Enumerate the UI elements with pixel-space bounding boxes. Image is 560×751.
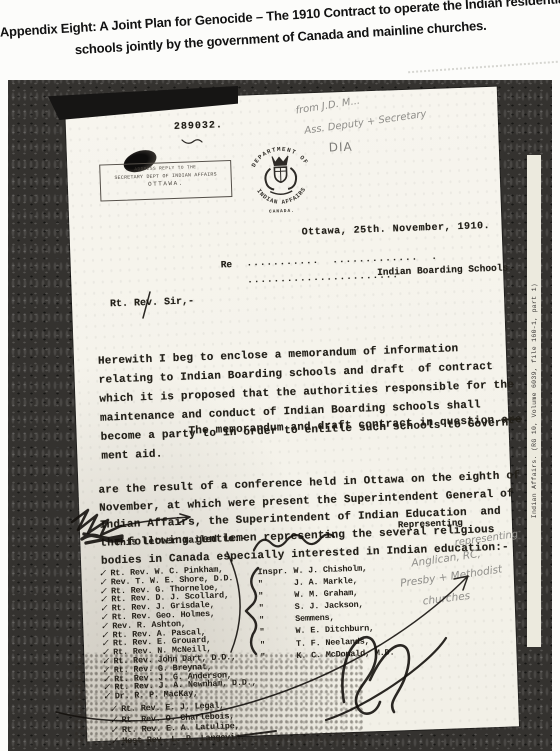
mailing-list-left: ✓ Rt. Rev. W. C. Pinkham, ✓ Rev. T. W. E… xyxy=(99,563,257,700)
department-crest-icon: DEPARTMENT OF INDIAN AFFAIRS CANADA. xyxy=(238,135,323,222)
struck-word: are xyxy=(501,414,522,427)
inspector-name: W. J. Chisholm, xyxy=(293,563,367,576)
re-label: Re xyxy=(221,259,233,270)
checkmark-icon: ✓ xyxy=(109,703,122,715)
inspector-name: W. M. Graham, xyxy=(294,588,358,600)
ditto-mark: " xyxy=(260,639,296,650)
ditto-mark: " xyxy=(259,602,295,613)
ditto-mark: " xyxy=(258,578,294,589)
inspector-name: Semmens, xyxy=(295,613,335,624)
ditto-mark: " xyxy=(258,590,294,601)
file-number: 289032. xyxy=(174,120,223,133)
archive-reference-strip: Indian Affairs. (RG 10, Volume 6039, fil… xyxy=(527,155,541,647)
ditto-mark: " xyxy=(259,614,295,625)
checkmark-icon: ✓ xyxy=(110,735,123,747)
inspectors-list: Inspr. W. J. Chisholm, " J. A. Markle, "… xyxy=(257,563,394,664)
ditto-mark: " xyxy=(259,626,295,637)
letter-page: 289032. ADDRESS REPLY TO THE SECRETARY D… xyxy=(65,87,519,742)
dateline: Ottawa, 25th. November, 1910. xyxy=(301,221,490,239)
coat-of-arms xyxy=(265,156,297,195)
salutation: Rt. Rev. Sir,- xyxy=(110,296,194,310)
inspector-name: J. A. Markle, xyxy=(294,576,358,588)
pencil-note-dia: DIA xyxy=(328,140,352,155)
archive-reference-label: Indian Affairs. (RG 10, Volume 6039, fil… xyxy=(531,283,538,518)
scan-artifact-dashes xyxy=(408,61,558,74)
inspector-name: W. E. Ditchburn, xyxy=(295,624,374,637)
inspector-name: T. F. Neelands, xyxy=(296,636,370,649)
scanned-document: 289032. ADDRESS REPLY TO THE SECRETARY D… xyxy=(8,80,552,751)
appendix-title: Appendix Eight: A Joint Plan for Genocid… xyxy=(0,0,560,62)
pencil-note-from: from J.D. M... xyxy=(295,96,361,117)
pencil-note-title: Ass. Deputy + Secretary xyxy=(304,109,427,137)
svg-text:CANADA.: CANADA. xyxy=(269,208,295,215)
ditto-mark: Inspr. xyxy=(257,566,293,577)
inspector-name: S. J. Jackson, xyxy=(295,600,364,612)
address-stamp: ADDRESS REPLY TO THE SECRETARY DEPT OF I… xyxy=(99,160,232,202)
re-subject: Indian Boarding Schools. xyxy=(377,262,514,278)
svg-text:INDIAN AFFAIRS: INDIAN AFFAIRS xyxy=(255,186,308,207)
pencil-churches: churches xyxy=(422,590,471,608)
mailing-list-left-group2: ✓ Rt. Rev. E. J. Legal, ✓ Rt. Rev. O. Ch… xyxy=(110,700,245,747)
inspector-name: K. C. McDonald, M.D. xyxy=(296,647,394,660)
ditto-mark: " xyxy=(260,651,296,662)
